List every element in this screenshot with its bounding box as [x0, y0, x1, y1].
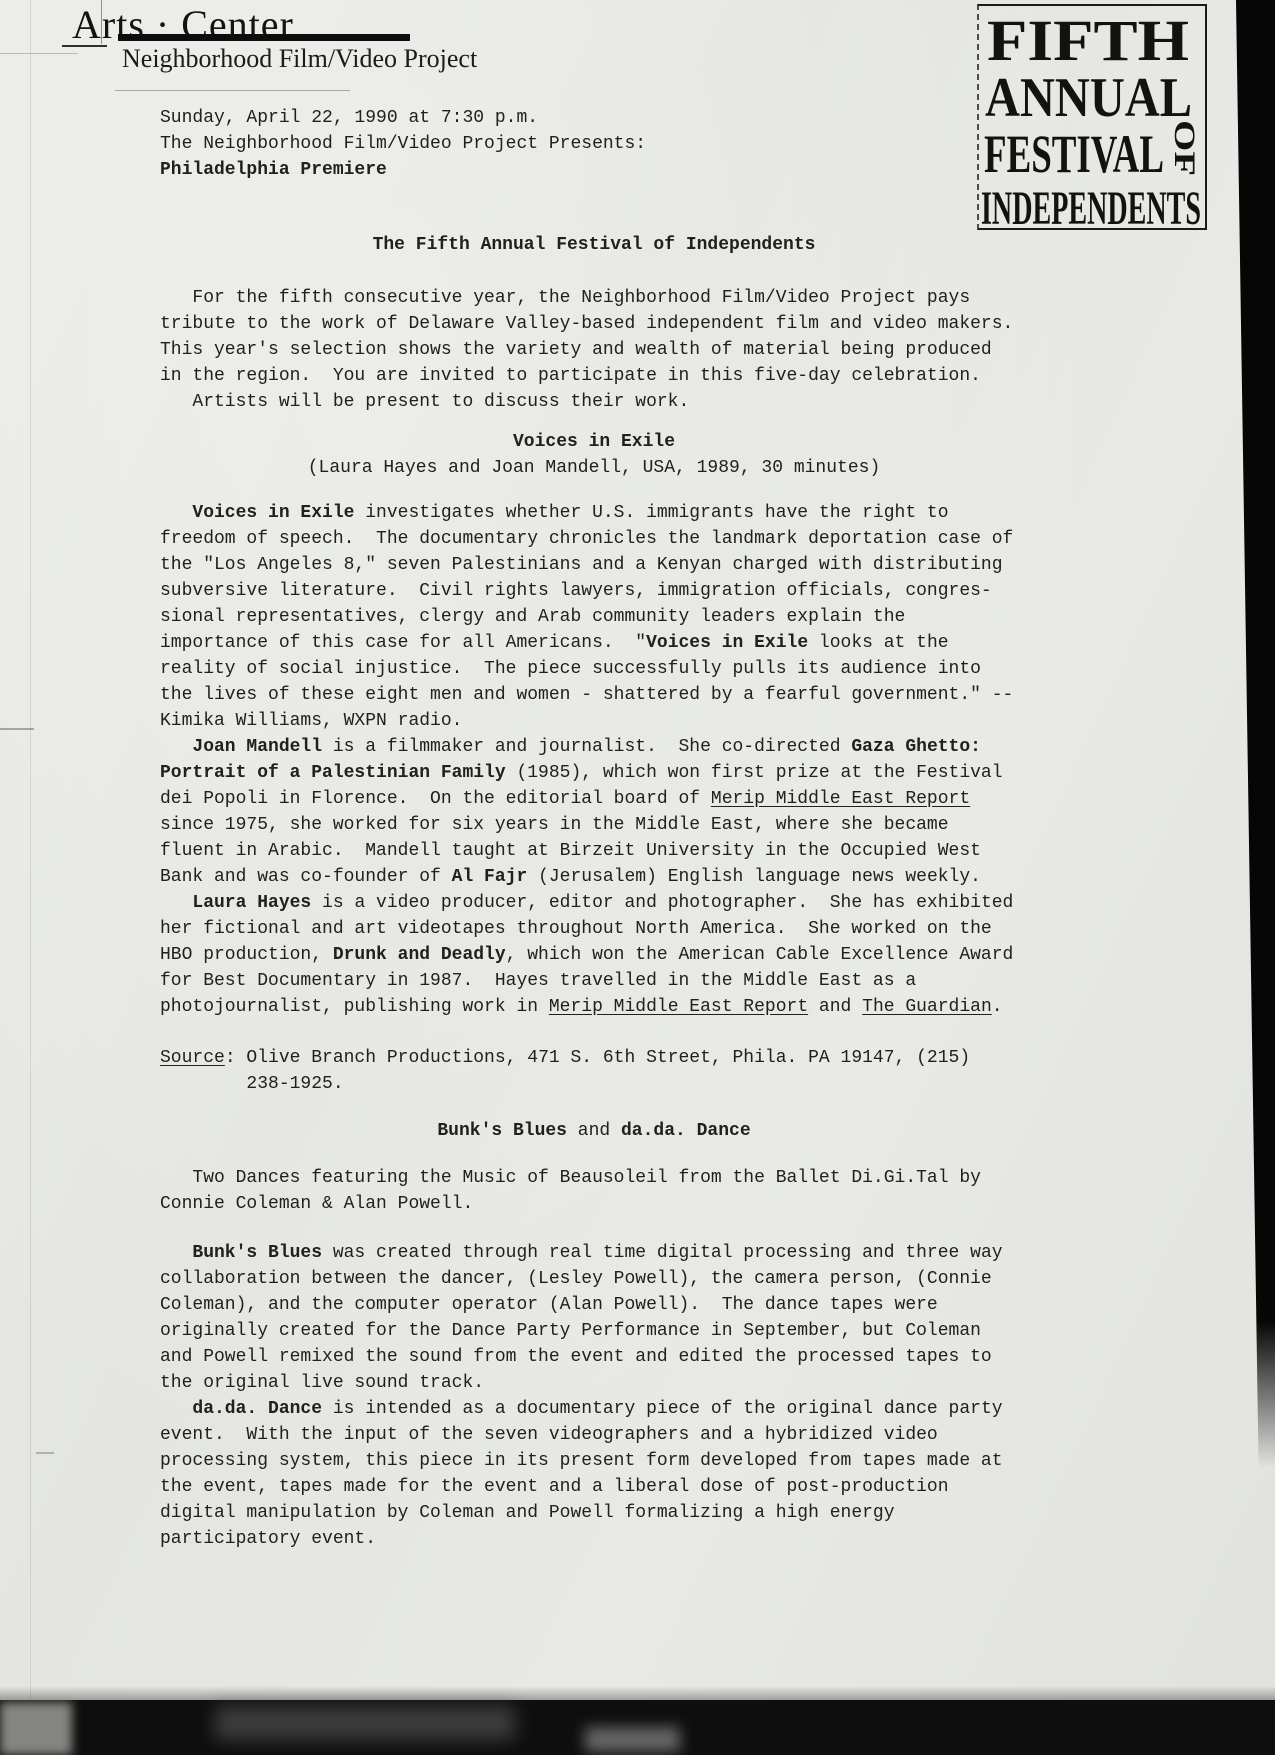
text-line: Joan Mandell is a filmmaker and journali…: [160, 734, 1028, 760]
text-line: since 1975, she worked for six years in …: [160, 812, 1028, 838]
text-line: 238-1925.: [160, 1071, 1028, 1097]
text-line: importance of this case for all American…: [160, 630, 1028, 656]
text-line: Voices in Exile: [160, 429, 1028, 455]
text-line: the "Los Angeles 8," seven Palestinians …: [160, 552, 1028, 578]
text-block-voices-sub: (Laura Hayes and Joan Mandell, USA, 1989…: [160, 455, 1028, 481]
text-line: for Best Documentary in 1987. Hayes trav…: [160, 968, 1028, 994]
text-line: Connie Coleman & Alan Powell.: [160, 1191, 1028, 1217]
text-line: the lives of these eight men and women -…: [160, 682, 1028, 708]
text-line: For the fifth consecutive year, the Neig…: [160, 285, 1028, 311]
text-line: Voices in Exile investigates whether U.S…: [160, 500, 1028, 526]
scan-mark-dash: [36, 1452, 54, 1454]
text-line: sional representatives, clergy and Arab …: [160, 604, 1028, 630]
scan-corner-patch: [0, 1702, 72, 1755]
text-line: Bank and was co-founder of Al Fajr (Jeru…: [160, 864, 1028, 890]
text-line: participatory event.: [160, 1526, 1028, 1552]
scan-edge-right: [1236, 0, 1275, 1468]
text-block-bunks-body: Bunk's Blues was created through real ti…: [160, 1240, 1028, 1552]
text-line: tribute to the work of Delaware Valley-b…: [160, 311, 1028, 337]
text-line: Coleman), and the computer operator (Ala…: [160, 1292, 1028, 1318]
text-line: and Powell remixed the sound from the ev…: [160, 1344, 1028, 1370]
text-line: fluent in Arabic. Mandell taught at Birz…: [160, 838, 1028, 864]
text-line: Bunk's Blues was created through real ti…: [160, 1240, 1028, 1266]
text-line: This year's selection shows the variety …: [160, 337, 1028, 363]
text-line: subversive literature. Civil rights lawy…: [160, 578, 1028, 604]
text-line: Philadelphia Premiere: [160, 157, 1028, 183]
brand-rule-line: [118, 34, 410, 41]
scan-mark-dash: [0, 728, 34, 730]
text-block-voices-body: Voices in Exile investigates whether U.S…: [160, 500, 1028, 1020]
text-line: the event, tapes made for the event and …: [160, 1474, 1028, 1500]
text-block-voices-heading: Voices in Exile: [160, 429, 1028, 455]
text-block-source: Source: Olive Branch Productions, 471 S.…: [160, 1045, 1028, 1097]
text-line: freedom of speech. The documentary chron…: [160, 526, 1028, 552]
brand-subtitle: Neighborhood Film/Video Project: [122, 44, 477, 74]
festival-line-fifth: FIFTH: [987, 8, 1189, 73]
scan-mark-line: [0, 53, 78, 54]
text-line: the original live sound track.: [160, 1370, 1028, 1396]
text-line: reality of social injustice. The piece s…: [160, 656, 1028, 682]
text-line: HBO production, Drunk and Deadly, which …: [160, 942, 1028, 968]
text-line: Source: Olive Branch Productions, 471 S.…: [160, 1045, 1028, 1071]
scan-smudge: [215, 1706, 515, 1740]
text-line: Two Dances featuring the Music of Beauso…: [160, 1165, 1028, 1191]
text-line: processing system, this piece in its pre…: [160, 1448, 1028, 1474]
text-line: event. With the input of the seven video…: [160, 1422, 1028, 1448]
text-line: collaboration between the dancer, (Lesle…: [160, 1266, 1028, 1292]
text-block-two-dances: Two Dances featuring the Music of Beauso…: [160, 1165, 1028, 1217]
scan-smudge: [585, 1727, 680, 1752]
text-line: in the region. You are invited to partic…: [160, 363, 1028, 389]
festival-line-of: OF: [1168, 120, 1201, 176]
text-line: Sunday, April 22, 1990 at 7:30 p.m.: [160, 105, 1028, 131]
text-line: digital manipulation by Coleman and Powe…: [160, 1500, 1028, 1526]
text-block-header: Sunday, April 22, 1990 at 7:30 p.m.The N…: [160, 105, 1028, 183]
text-line: dei Popoli in Florence. On the editorial…: [160, 786, 1028, 812]
text-line: (Laura Hayes and Joan Mandell, USA, 1989…: [160, 455, 1028, 481]
text-line: Artists will be present to discuss their…: [160, 389, 1028, 415]
text-line: Portrait of a Palestinian Family (1985),…: [160, 760, 1028, 786]
text-line: her fictional and art videotapes through…: [160, 916, 1028, 942]
text-line: Kimika Williams, WXPN radio.: [160, 708, 1028, 734]
text-line: The Neighborhood Film/Video Project Pres…: [160, 131, 1028, 157]
text-block-title: The Fifth Annual Festival of Independent…: [160, 232, 1028, 258]
text-line: originally created for the Dance Party P…: [160, 1318, 1028, 1344]
scanned-flyer-page: Arts · Center Neighborhood Film/Video Pr…: [0, 0, 1275, 1755]
brand-subtitle-rule: [115, 90, 350, 91]
text-block-bunks-heading: Bunk's Blues and da.da. Dance: [160, 1118, 1028, 1144]
text-line: The Fifth Annual Festival of Independent…: [160, 232, 1028, 258]
text-line: da.da. Dance is intended as a documentar…: [160, 1396, 1028, 1422]
text-line: Laura Hayes is a video producer, editor …: [160, 890, 1028, 916]
paper-crease-line: [30, 0, 31, 1700]
document-body: Sunday, April 22, 1990 at 7:30 p.m.The N…: [160, 105, 1028, 1552]
text-line: Bunk's Blues and da.da. Dance: [160, 1118, 1028, 1144]
text-line: photojournalist, publishing work in Meri…: [160, 994, 1028, 1020]
text-block-para1: For the fifth consecutive year, the Neig…: [160, 285, 1028, 415]
